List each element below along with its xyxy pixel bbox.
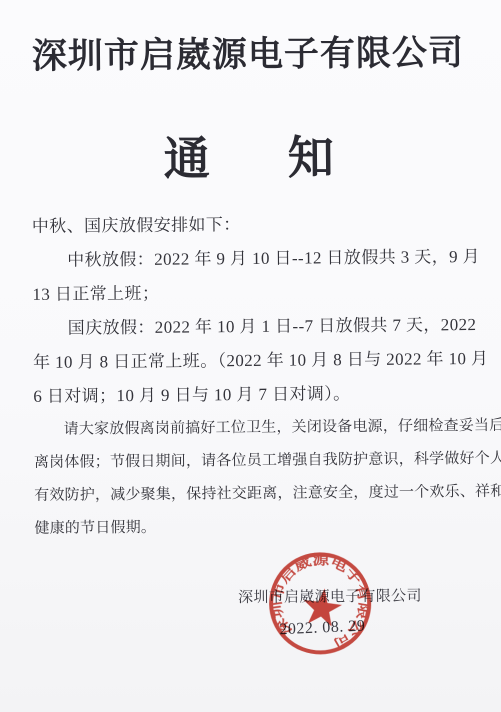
company-title: 深圳市启崴源电子有限公司 [0,25,499,79]
page-content: 深圳市启崴源电子有限公司 通 知 中秋、国庆放假安排如下： 中秋放假：2022 … [0,0,501,712]
body-line: 离岗体假；节假日期间，请各位员工增强自我防护意识，科学做好个人 [34,443,484,480]
body-line: 国庆放假：2022 年 10 月 1 日--7 日放假共 7 天，2022 [33,308,483,346]
signature-company-name: 深圳市启崴源电子有限公司 [238,585,422,608]
body-line: 6 日对调；10 月 9 日与 10 月 7 日对调）。 [33,376,483,414]
scanned-notice-page: 深圳市启崴源电子有限公司 通 知 中秋、国庆放假安排如下： 中秋放假：2022 … [0,0,501,712]
body-line: 健康的节日假期。 [34,509,484,546]
signature-date: 2022. 08. 29 [279,618,366,640]
notice-title-char-2: 知 [287,121,334,187]
body-line: 中秋放假：2022 年 9 月 10 日--12 日放假共 3 天，9 月 [32,240,482,278]
body-line: 有效防护，减少聚集，保持社交距离，注意安全，度过一个欢乐、祥和、 [34,476,484,513]
body-line: 中秋、国庆放假安排如下： [32,206,482,244]
notice-title: 通 知 [0,120,500,190]
notice-title-char-1: 通 [163,122,210,188]
body-line: 请大家放假离岗前搞好工位卫生，关闭设备电源，仔细检查妥当后 [33,410,483,447]
body-line: 年 10 月 8 日正常上班。（2022 年 10 月 8 日与 2022 年 … [33,342,483,380]
body-line: 13 日正常上班； [32,274,482,312]
notice-body: 中秋、国庆放假安排如下： 中秋放假：2022 年 9 月 10 日--12 日放… [32,206,485,546]
